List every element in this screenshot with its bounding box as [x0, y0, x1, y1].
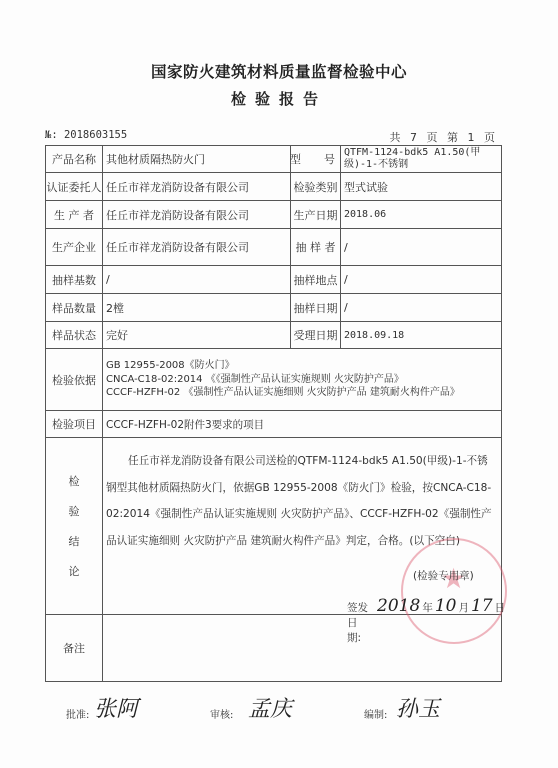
producer-label: 生 产 者 [46, 201, 103, 228]
manufacturer-value: 任丘市祥龙消防设备有限公司 [103, 229, 291, 265]
row-client: 认证委托人 任丘市祥龙消防设备有限公司 检验类别 型式试验 [46, 173, 501, 201]
production-date-label: 生产日期 [291, 201, 341, 228]
row-producer: 生 产 者 任丘市祥龙消防设备有限公司 生产日期 2018.06 [46, 201, 501, 229]
test-type-label: 检验类别 [291, 173, 341, 200]
sample-date-value: / [341, 294, 501, 321]
sample-state-value: 完好 [103, 322, 291, 348]
sample-date-label: 抽样日期 [291, 294, 341, 321]
items-value: CCCF-HZFH-02附件3要求的项目 [103, 411, 501, 437]
test-type-value: 型式试验 [341, 173, 501, 200]
model-value: QTFM-1124-bdk5 A1.50(甲级)-1-不锈钢 [341, 146, 501, 172]
issue-date: 签发日期: 2018 年 10 月 17 日 [347, 596, 505, 645]
stamp-note: (检验专用章) [413, 568, 474, 583]
row-basis: 检验依据 GB 12955-2008《防火门》 CNCA-C18-02:2014… [46, 349, 501, 411]
prepare-label: 编制: [364, 706, 387, 721]
sample-base-value: / [103, 266, 291, 293]
items-label: 检验项目 [46, 411, 103, 437]
doc-title: 检验报告 [0, 88, 558, 109]
review-label: 审核: [210, 706, 233, 721]
sampler-value: / [341, 229, 501, 265]
producer-value: 任丘市祥龙消防设备有限公司 [103, 201, 291, 228]
conclusion-text: 任丘市祥龙消防设备有限公司送检的QTFM-1124-bdk5 A1.50(甲级)… [106, 448, 495, 554]
accept-date-label: 受理日期 [291, 322, 341, 348]
row-sample-qty: 样品数量 2樘 抽样日期 / [46, 294, 501, 322]
issue-date-label: 签发日期: [347, 600, 368, 645]
row-sample-base: 抽样基数 / 抽样地点 / [46, 266, 501, 294]
product-name-label: 产品名称 [46, 146, 103, 172]
client-value: 任丘市祥龙消防设备有限公司 [103, 173, 291, 200]
review-signature: 孟庆 [248, 692, 292, 723]
row-conclusion: 检 验 结 论 任丘市祥龙消防设备有限公司送检的QTFM-1124-bdk5 A… [46, 438, 501, 615]
basis-value: GB 12955-2008《防火门》 CNCA-C18-02:2014 《《强制… [103, 349, 501, 410]
sampler-label: 抽 样 者 [291, 229, 341, 265]
issue-month: 10 [435, 596, 457, 616]
row-items: 检验项目 CCCF-HZFH-02附件3要求的项目 [46, 411, 501, 438]
page-count: 共 7 页 第 1 页 [390, 129, 498, 145]
production-date-value: 2018.06 [341, 201, 501, 228]
row-sample-state: 样品状态 完好 受理日期 2018.09.18 [46, 322, 501, 349]
approve-label: 批准: [66, 706, 89, 721]
report-page: 国家防火建筑材料质量监督检验中心 检验报告 №: 2018603155 共 7 … [0, 0, 558, 768]
basis-line-3: CCCF-HZFH-02 《强制性产品认证实施细则 火灾防护产品 建筑耐火构件产… [106, 386, 460, 400]
accept-date-value: 2018.09.18 [341, 322, 501, 348]
sample-location-label: 抽样地点 [291, 266, 341, 293]
issue-year: 2018 [377, 596, 420, 616]
basis-line-2: CNCA-C18-02:2014 《《强制性产品认证实施规则 火灾防护产品》 [106, 373, 404, 387]
basis-line-1: GB 12955-2008《防火门》 [106, 359, 235, 373]
approve-signature: 张阿 [94, 692, 138, 723]
row-manufacturer: 生产企业 任丘市祥龙消防设备有限公司 抽 样 者 / [46, 229, 501, 266]
model-label: 型 号 [291, 146, 341, 172]
basis-label: 检验依据 [46, 349, 103, 410]
signature-block: 批准: 张阿 审核: 孟庆 编制: 孙玉 [0, 690, 558, 750]
manufacturer-label: 生产企业 [46, 229, 103, 265]
prepare-signature: 孙玉 [396, 692, 440, 723]
remarks-label: 备注 [46, 615, 103, 681]
sample-base-label: 抽样基数 [46, 266, 103, 293]
sample-qty-label: 样品数量 [46, 294, 103, 321]
issue-day: 17 [471, 596, 493, 616]
conclusion-body: 任丘市祥龙消防设备有限公司送检的QTFM-1124-bdk5 A1.50(甲级)… [103, 438, 501, 614]
report-number: №: 2018603155 [45, 129, 127, 141]
org-title: 国家防火建筑材料质量监督检验中心 [0, 60, 558, 82]
row-product: 产品名称 其他材质隔热防火门 型 号 QTFM-1124-bdk5 A1.50(… [46, 146, 501, 173]
sample-qty-value: 2樘 [103, 294, 291, 321]
report-table: 产品名称 其他材质隔热防火门 型 号 QTFM-1124-bdk5 A1.50(… [45, 145, 502, 682]
sample-state-label: 样品状态 [46, 322, 103, 348]
client-label: 认证委托人 [46, 173, 103, 200]
conclusion-label: 检 验 结 论 [46, 438, 103, 614]
sample-location-value: / [341, 266, 501, 293]
product-name-value: 其他材质隔热防火门 [103, 146, 291, 172]
